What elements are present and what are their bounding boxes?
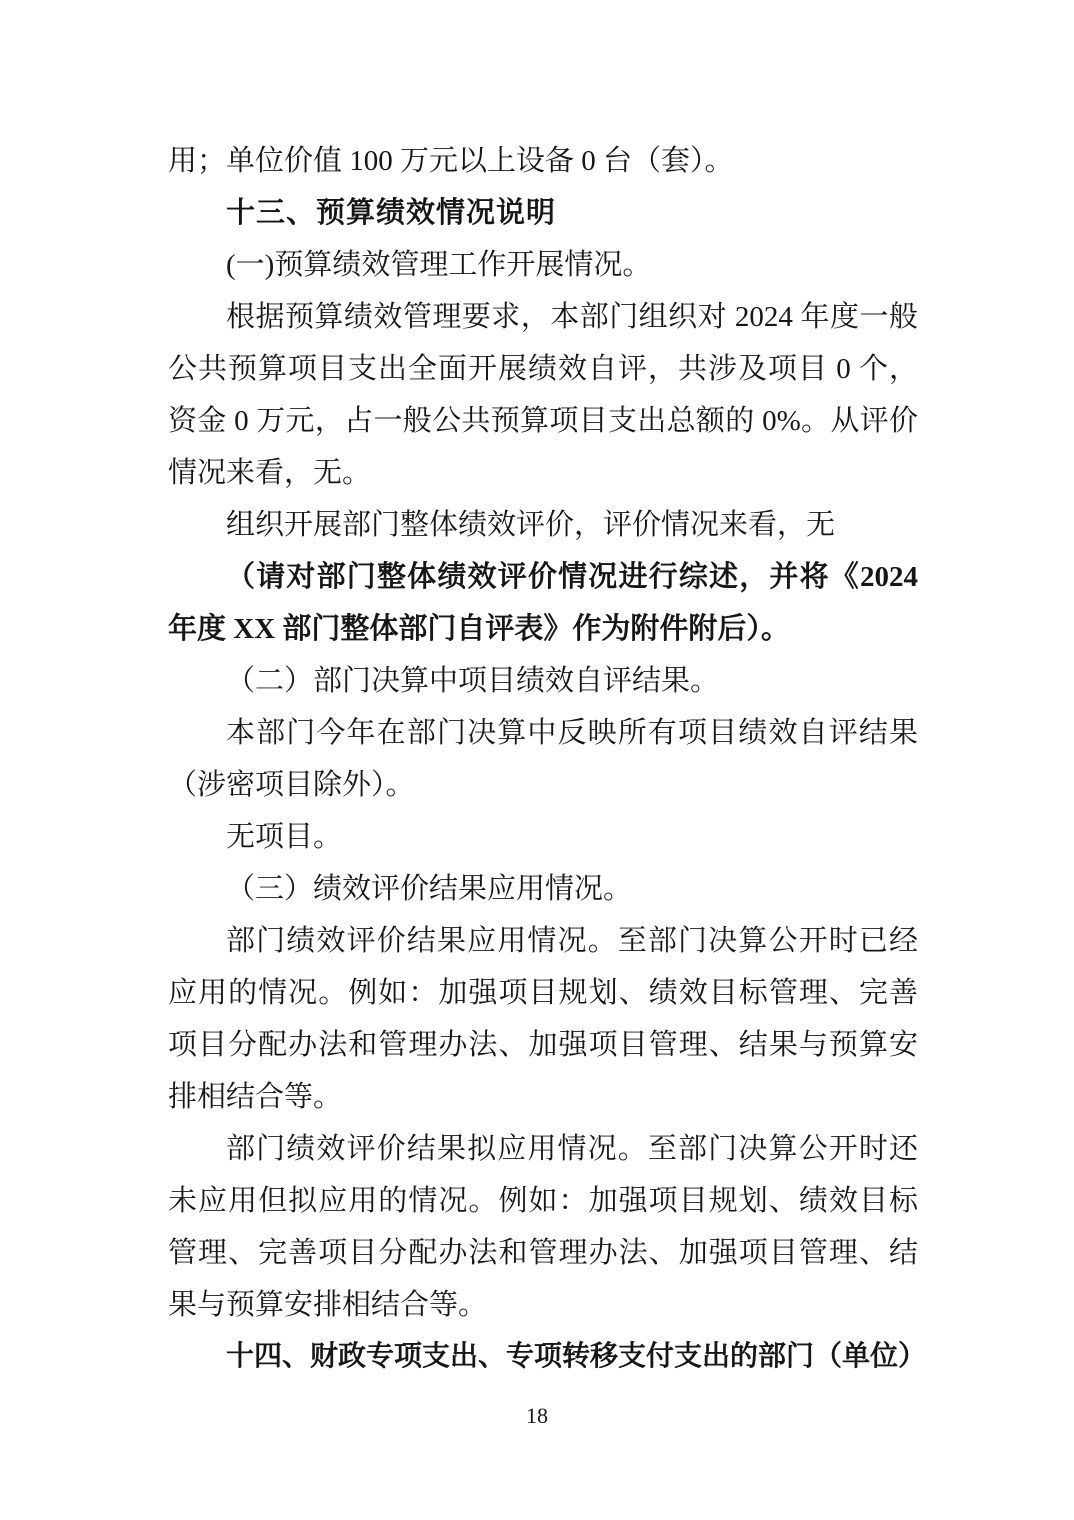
section-2-title: （二）部门决算中项目绩效自评结果。	[168, 655, 918, 707]
section-1-note: （请对部门整体绩效评价情况进行综述，并将《2024 年度 XX 部门整体部门自评…	[168, 551, 918, 655]
page-number: 18	[526, 1403, 548, 1428]
section-2-paragraph-2: 无项目。	[168, 811, 918, 863]
section-heading-13: 十三、预算绩效情况说明	[168, 187, 918, 239]
section-1-paragraph-2: 组织开展部门整体绩效评价，评价情况来看，无	[168, 499, 918, 551]
carryover-paragraph: 用；单位价值 100 万元以上设备 0 台（套）。	[168, 135, 918, 187]
document-page: 用；单位价值 100 万元以上设备 0 台（套）。 十三、预算绩效情况说明 (一…	[0, 0, 1074, 1520]
document-text: 用；单位价值 100 万元以上设备 0 台（套）。 十三、预算绩效情况说明 (一…	[168, 135, 918, 1383]
section-3-paragraph-1: 部门绩效评价结果应用情况。至部门决算公开时已经应用的情况。例如：加强项目规划、绩…	[168, 915, 918, 1123]
section-1-title: (一)预算绩效管理工作开展情况。	[168, 239, 918, 291]
section-3-paragraph-2: 部门绩效评价结果拟应用情况。至部门决算公开时还未应用但拟应用的情况。例如：加强项…	[168, 1123, 918, 1331]
section-2-paragraph-1: 本部门今年在部门决算中反映所有项目绩效自评结果（涉密项目除外）。	[168, 707, 918, 811]
page-footer: 18	[0, 1400, 1074, 1432]
section-3-title: （三）绩效评价结果应用情况。	[168, 863, 918, 915]
section-heading-14: 十四、财政专项支出、专项转移支付支出的部门（单位）	[168, 1331, 918, 1383]
section-1-paragraph-1: 根据预算绩效管理要求，本部门组织对 2024 年度一般公共预算项目支出全面开展绩…	[168, 291, 918, 499]
